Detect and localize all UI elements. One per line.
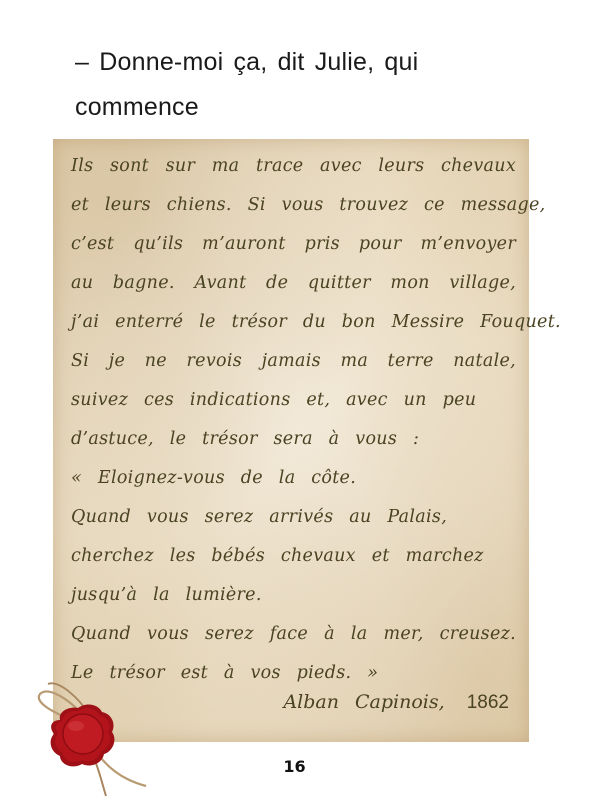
signature-year: 1862 (467, 692, 509, 713)
parchment-letter: Ils sont sur ma trace avec leurs chevaux… (53, 139, 529, 742)
intro-line-1: – Donne-moi ça, dit Julie, qui commence (53, 40, 533, 130)
letter-line: Si je ne revois jamais ma terre natale, (71, 342, 516, 381)
handwritten-letter: Ils sont sur ma trace avec leurs chevaux… (71, 147, 516, 693)
letter-line: c’est qu’ils m’auront pris pour m’envoye… (71, 225, 516, 264)
letter-line: j’ai enterré le trésor du bon Messire Fo… (71, 303, 516, 342)
letter-line: Quand vous serez face à la mer, creusez. (71, 615, 516, 654)
page-number: 16 (0, 757, 589, 776)
letter-line: suivez ces indications et, avec un peu (71, 381, 516, 420)
letter-line: Ils sont sur ma trace avec leurs chevaux (71, 147, 516, 186)
letter-signature: Alban Capinois, 1862 (283, 691, 509, 714)
wax-seal-icon (28, 668, 148, 798)
letter-line: Quand vous serez arrivés au Palais, (71, 498, 516, 537)
signature-name: Alban Capinois, (283, 691, 444, 713)
letter-line: et leurs chiens. Si vous trouvez ce mess… (71, 186, 516, 225)
letter-line: jusqu’à la lumière. (71, 576, 516, 615)
letter-line: cherchez les bébés chevaux et marchez (71, 537, 516, 576)
letter-line: « Eloignez-vous de la côte. (71, 459, 516, 498)
letter-line: au bagne. Avant de quitter mon village, (71, 264, 516, 303)
letter-line: d’astuce, le trésor sera à vous : (71, 420, 516, 459)
